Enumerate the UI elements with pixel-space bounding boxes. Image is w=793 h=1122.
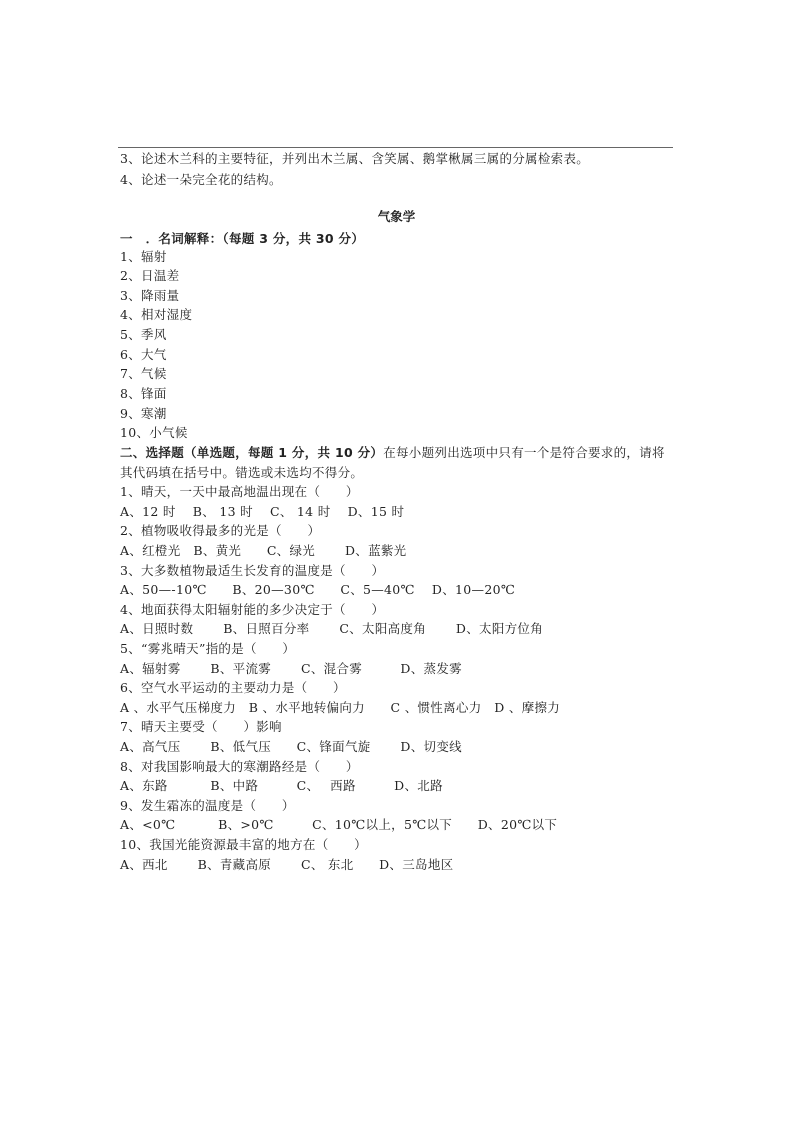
part2-heading-bold: 二、选择题（单选题，每题 1 分，共 10 分） — [120, 445, 383, 460]
document-page: 3、论述木兰科的主要特征，并列出木兰属、含笑属、鹅掌楸属三属的分属检索表。 4、… — [0, 0, 793, 1122]
question-3-options: A、50—-10℃ B、20—30℃ C、5—40℃ D、10—20℃ — [120, 582, 515, 598]
question-10-options: A、西北 B、青藏高原 C、 东北 D、三岛地区 — [120, 857, 453, 873]
question-5: 5、“雾兆晴天”指的是（ ） — [120, 641, 295, 657]
question-2: 2、植物吸收得最多的光是（ ） — [120, 523, 320, 539]
question-3: 3、大多数植物最适生长发育的温度是（ ） — [120, 563, 384, 579]
question-6-options: A 、水平气压梯度力 B 、水平地转偏向力 C 、惯性离心力 D 、摩擦力 — [120, 700, 560, 716]
term-5: 5、季风 — [120, 327, 167, 343]
term-9: 9、寒潮 — [120, 406, 167, 422]
section-title: 气象学 — [0, 207, 793, 225]
question-8-options: A、东路 B、中路 C、 西路 D、北路 — [120, 778, 443, 794]
term-7: 7、气候 — [120, 366, 167, 382]
question-4-options: A、日照时数 B、日照百分率 C、太阳高度角 D、太阳方位角 — [120, 621, 543, 637]
question-1-options: A、12 时 B、 13 时 C、 14 时 D、15 时 — [120, 504, 404, 520]
question-1: 1、晴天，一天中最高地温出现在（ ） — [120, 484, 359, 500]
question-10: 10、我国光能资源最丰富的地方在（ ） — [120, 837, 367, 853]
question-5-options: A、辐射雾 B、平流雾 C、混合雾 D、蒸发雾 — [120, 661, 462, 677]
prev-question-4: 4、论述一朵完全花的结构。 — [120, 172, 282, 188]
part1-heading: 一 ．名词解释：（每题 3 分，共 30 分） — [120, 231, 364, 247]
term-10: 10、小气候 — [120, 425, 188, 441]
part2-heading-instructions: 在每小题列出选项中只有一个是符合要求的，请将 — [383, 445, 665, 460]
prev-question-3: 3、论述木兰科的主要特征，并列出木兰属、含笑属、鹅掌楸属三属的分属检索表。 — [120, 151, 589, 167]
horizontal-divider — [118, 147, 673, 148]
term-8: 8、锋面 — [120, 386, 167, 402]
part2-heading-line1: 二、选择题（单选题，每题 1 分，共 10 分）在每小题列出选项中只有一个是符合… — [120, 445, 665, 461]
question-9-options: A、<0℃ B、>0℃ C、10℃以上，5℃以下 D、20℃以下 — [120, 817, 557, 833]
question-7: 7、晴天主要受（ ）影响 — [120, 719, 282, 735]
term-6: 6、大气 — [120, 347, 167, 363]
question-4: 4、地面获得太阳辐射能的多少决定于（ ） — [120, 602, 384, 618]
question-8: 8、对我国影响最大的寒潮路经是（ ） — [120, 759, 359, 775]
part2-heading-line2: 其代码填在括号中。错选或未选均不得分。 — [120, 465, 363, 481]
term-4: 4、相对湿度 — [120, 307, 192, 323]
question-9: 9、发生霜冻的温度是（ ） — [120, 798, 295, 814]
question-2-options: A、红橙光 B、黄光 C、绿光 D、蓝紫光 — [120, 543, 406, 559]
term-1: 1、辐射 — [120, 249, 167, 265]
question-6: 6、空气水平运动的主要动力是（ ） — [120, 680, 346, 696]
question-7-options: A、高气压 B、低气压 C、锋面气旋 D、切变线 — [120, 739, 462, 755]
term-2: 2、日温差 — [120, 268, 179, 284]
term-3: 3、降雨量 — [120, 288, 179, 304]
